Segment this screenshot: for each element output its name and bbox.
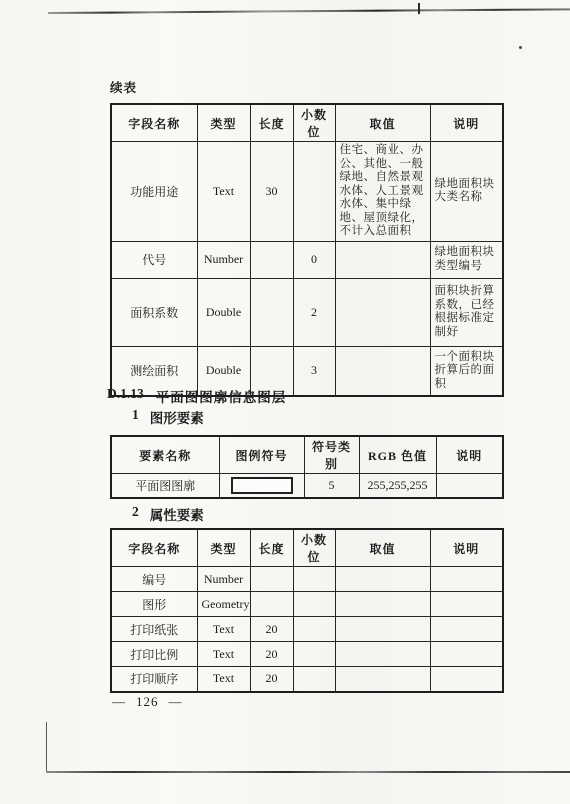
cell-note: 绿地面积块大类名称	[430, 142, 503, 242]
table-header-row: 字段名称 类型 长度 小数位 取值 说明	[111, 529, 503, 567]
cell-type: Geometry	[197, 592, 250, 617]
page-number: — 126 —	[112, 694, 183, 710]
scan-artifact-left-edge	[46, 722, 47, 772]
cell-value	[335, 617, 430, 642]
table-row: 打印纸张 Text 20	[111, 617, 503, 642]
cell-value	[335, 278, 430, 346]
cell-field-name: 代号	[111, 241, 197, 278]
section-title: 平面图图廓信息图层	[156, 386, 287, 406]
cell-note: 一个面积块折算后的面积	[430, 346, 503, 396]
col-header-rgb: RGB 色值	[359, 436, 436, 474]
col-header-length: 长度	[250, 104, 293, 142]
table-header-row: 要素名称 图例符号 符号类别 RGB 色值 说明	[111, 436, 503, 474]
scan-artifact-tick	[418, 3, 420, 14]
cell-decimals	[293, 592, 335, 617]
cell-value	[335, 567, 430, 592]
cell-note	[430, 642, 503, 667]
col-header-type: 类型	[197, 104, 250, 142]
cell-value	[335, 667, 430, 692]
cell-symbol-class: 5	[304, 474, 359, 498]
cell-length	[250, 241, 293, 278]
cell-element-name: 平面图图廓	[111, 474, 219, 498]
cell-value	[335, 592, 430, 617]
col-header-note: 说明	[430, 104, 503, 142]
cell-value	[335, 241, 430, 278]
cell-length	[250, 278, 293, 346]
cell-note	[430, 667, 503, 692]
cell-value	[335, 346, 430, 396]
table-row: 功能用途 Text 30 住宅、商业、办公、其他、一般绿地、自然景观水体、人工景…	[111, 142, 503, 242]
cell-type: Number	[197, 567, 250, 592]
cell-note: 绿地面积块类型编号	[430, 241, 503, 278]
col-header-symbol-class: 符号类别	[304, 436, 359, 474]
col-header-type: 类型	[197, 529, 250, 567]
scan-speck	[519, 46, 522, 49]
col-header-length: 长度	[250, 529, 293, 567]
col-header-note: 说明	[436, 436, 503, 474]
cell-field-name: 图形	[111, 592, 197, 617]
table-row: 代号 Number 0 绿地面积块类型编号	[111, 241, 503, 278]
table-row: 打印顺序 Text 20	[111, 667, 503, 692]
col-header-value: 取值	[335, 104, 430, 142]
section-number: D.1.13	[107, 386, 144, 406]
col-header-field-name: 字段名称	[111, 529, 197, 567]
subsection-attribute-elements-heading: 2 属性要素	[132, 504, 204, 524]
cell-note	[430, 592, 503, 617]
scan-artifact-top-line	[48, 8, 570, 14]
col-header-decimals: 小数位	[293, 104, 335, 142]
cell-field-name: 打印纸张	[111, 617, 197, 642]
col-header-field-name: 字段名称	[111, 104, 197, 142]
table-row: 图形 Geometry	[111, 592, 503, 617]
cell-decimals: 0	[293, 241, 335, 278]
cell-note: 面积块折算系数，已经根据标准定制好	[430, 278, 503, 346]
table-row: 面积系数 Double 2 面积块折算系数，已经根据标准定制好	[111, 278, 503, 346]
table-row: 打印比例 Text 20	[111, 642, 503, 667]
cell-decimals: 3	[293, 346, 335, 396]
scan-artifact-bottom-edge	[46, 771, 570, 773]
col-header-decimals: 小数位	[293, 529, 335, 567]
cell-type: Text	[197, 142, 250, 242]
cell-type: Double	[197, 278, 250, 346]
col-header-value: 取值	[335, 529, 430, 567]
cell-legend-symbol	[219, 474, 304, 498]
cell-decimals	[293, 667, 335, 692]
cell-type: Text	[197, 667, 250, 692]
document-page: 续表 字段名称 类型 长度 小数位 取值 说明 功能用途 Text 30 住宅、…	[0, 0, 570, 804]
cell-field-name: 编号	[111, 567, 197, 592]
cell-value	[335, 642, 430, 667]
section-heading: D.1.13 平面图图廓信息图层	[107, 386, 286, 406]
cell-note	[436, 474, 503, 498]
cell-length: 20	[250, 667, 293, 692]
cell-field-name: 打印比例	[111, 642, 197, 667]
col-header-legend-symbol: 图例符号	[219, 436, 304, 474]
continued-field-table: 字段名称 类型 长度 小数位 取值 说明 功能用途 Text 30 住宅、商业、…	[110, 103, 504, 397]
subsection-title: 属性要素	[150, 504, 204, 524]
page-number-value: 126	[136, 694, 159, 710]
cell-rgb: 255,255,255	[359, 474, 436, 498]
subsection-number: 1	[132, 407, 139, 427]
cell-length: 20	[250, 642, 293, 667]
table-row: 编号 Number	[111, 567, 503, 592]
cell-field-name: 打印顺序	[111, 667, 197, 692]
cell-value: 住宅、商业、办公、其他、一般绿地、自然景观水体、人工景观水体、集中绿地、屋顶绿化…	[335, 142, 430, 242]
subsection-graphic-elements-heading: 1 图形要素	[132, 407, 204, 427]
page-number-dash-left: —	[112, 694, 126, 710]
table-header-row: 字段名称 类型 长度 小数位 取值 说明	[111, 104, 503, 142]
cell-decimals	[293, 567, 335, 592]
attribute-elements-table: 字段名称 类型 长度 小数位 取值 说明 编号 Number 图形 Geomet…	[110, 528, 504, 693]
cell-length: 30	[250, 142, 293, 242]
subsection-number: 2	[132, 504, 139, 524]
cell-decimals	[293, 642, 335, 667]
cell-length: 20	[250, 617, 293, 642]
col-header-element-name: 要素名称	[111, 436, 219, 474]
cell-length	[250, 567, 293, 592]
table-row: 平面图图廓 5 255,255,255	[111, 474, 503, 498]
cell-type: Number	[197, 241, 250, 278]
graphic-elements-table: 要素名称 图例符号 符号类别 RGB 色值 说明 平面图图廓 5 255,255…	[110, 435, 504, 499]
cell-field-name: 面积系数	[111, 278, 197, 346]
continued-table-label: 续表	[110, 78, 137, 96]
cell-decimals: 2	[293, 278, 335, 346]
cell-length	[250, 592, 293, 617]
cell-note	[430, 617, 503, 642]
cell-decimals	[293, 142, 335, 242]
cell-note	[430, 567, 503, 592]
page-number-dash-right: —	[169, 694, 183, 710]
subsection-title: 图形要素	[150, 407, 204, 427]
cell-type: Text	[197, 642, 250, 667]
cell-decimals	[293, 617, 335, 642]
cell-field-name: 功能用途	[111, 142, 197, 242]
col-header-note: 说明	[430, 529, 503, 567]
legend-symbol-rectangle	[231, 477, 293, 494]
cell-type: Text	[197, 617, 250, 642]
